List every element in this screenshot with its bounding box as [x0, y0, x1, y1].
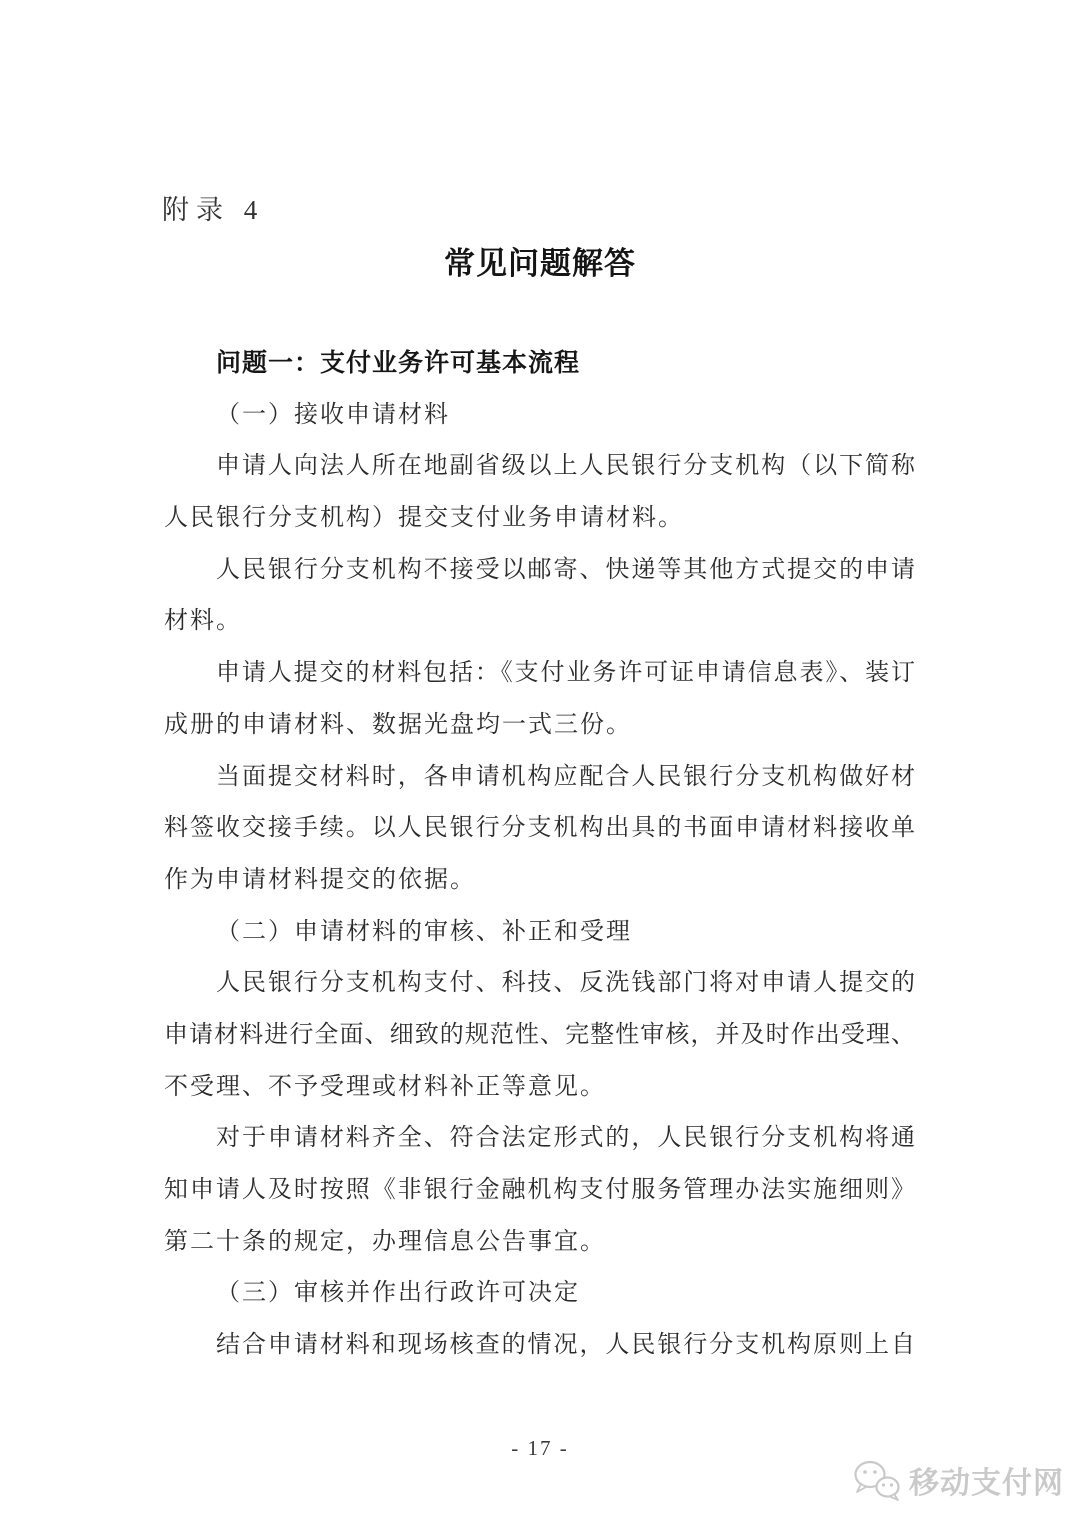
watermark: 移动支付网: [852, 1458, 1064, 1502]
body-line: 知申请人及时按照《非银行金融机构支付服务管理办法实施细则》: [164, 1165, 915, 1217]
body-line: 作为申请材料提交的依据。: [164, 855, 915, 907]
body-line: 申请人提交的材料包括：《支付业务许可证申请信息表》、装订: [164, 648, 915, 700]
body-lines: （一）接收申请材料申请人向法人所在地副省级以上人民银行分支机构（以下简称人民银行…: [164, 390, 915, 1372]
body-line: 当面提交材料时，各申请机构应配合人民银行分支机构做好材: [164, 752, 915, 804]
body-line: 对于申请材料齐全、符合法定形式的，人民银行分支机构将通: [164, 1113, 915, 1165]
body-line: 料签收交接手续。以人民银行分支机构出具的书面申请材料接收单: [164, 803, 915, 855]
document-body: 问题一：支付业务许可基本流程 （一）接收申请材料申请人向法人所在地副省级以上人民…: [164, 338, 915, 1372]
body-line: 第二十条的规定，办理信息公告事宜。: [164, 1217, 915, 1269]
section-heading: 问题一：支付业务许可基本流程: [164, 338, 915, 390]
body-line: 人民银行分支机构不接受以邮寄、快递等其他方式提交的申请: [164, 545, 915, 597]
body-line: 人民银行分支机构支付、科技、反洗钱部门将对申请人提交的: [164, 958, 915, 1010]
body-line: （二）申请材料的审核、补正和受理: [164, 907, 915, 959]
body-line: 申请人向法人所在地副省级以上人民银行分支机构（以下简称: [164, 441, 915, 493]
body-line: （三）审核并作出行政许可决定: [164, 1268, 915, 1320]
body-line: 材料。: [164, 596, 915, 648]
body-line: 人民银行分支机构）提交支付业务申请材料。: [164, 493, 915, 545]
appendix-label: 附录 4: [162, 188, 264, 227]
body-line: （一）接收申请材料: [164, 390, 915, 442]
watermark-text: 移动支付网: [909, 1458, 1064, 1502]
body-line: 成册的申请材料、数据光盘均一式三份。: [164, 700, 915, 752]
body-line: 申请材料进行全面、细致的规范性、完整性审核，并及时作出受理、: [164, 1010, 915, 1062]
wechat-icon: [852, 1459, 902, 1501]
body-line: 不受理、不予受理或材料补正等意见。: [164, 1062, 915, 1114]
body-line: 结合申请材料和现场核查的情况，人民银行分支机构原则上自: [164, 1320, 915, 1372]
document-page: 附录 4 常见问题解答 问题一：支付业务许可基本流程 （一）接收申请材料申请人向…: [0, 0, 1080, 1528]
page-title: 常见问题解答: [0, 238, 1080, 283]
